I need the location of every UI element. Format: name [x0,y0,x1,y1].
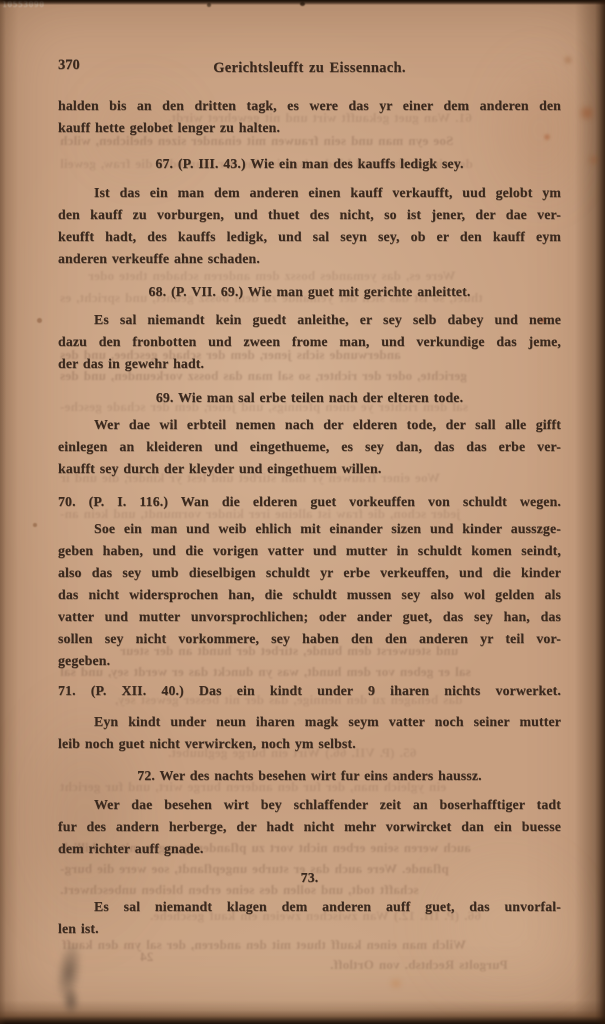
foxing-spot [388,978,404,989]
section-heading: 73. [58,867,561,889]
page-number: 370 [58,57,80,74]
paragraph-intro: halden bis an den dritten tagk, es were … [58,95,561,139]
scan-edge-right [595,0,605,1024]
section-heading: 68. (P. VII. 69.) Wie man guet mit geric… [58,281,561,303]
paragraph-71: Eyn kindt under neun iharen magk seym va… [58,711,561,755]
text-line: Es sal niemandt kein guedt anleithe, er … [58,309,561,331]
text-line: kaufft sey durch der kleyder und eingeth… [58,458,561,480]
text-line: dem richter auff gnade. [58,838,561,860]
text-line: gegeben. [58,650,561,672]
section-heading: 67. (P. III. 43.) Wie ein man des kauffs… [58,153,561,175]
text-line: kauff hette gelobet lenger zu halten. [58,117,561,139]
scanned-book-page: 61. Wan guet gekaufft wirt und nit geweh… [0,0,605,1024]
text-line: Wer dae wil erbteil nemen nach der elder… [58,414,561,436]
text-line: Eyn kindt under neun iharen magk seym va… [58,711,561,733]
foxing-spot [578,104,596,122]
bleedthrough-signature-mark: 24 [140,949,153,965]
paper-speck [33,523,37,527]
ink-smudge [58,980,84,1022]
section-heading: 69. Wie man sal erbe teilen nach der elt… [58,387,561,409]
paragraph-73: Es sal niemandt klagen dem anderen auff … [58,896,561,940]
scan-edge-top [0,0,605,5]
text-line: Ist das ein man dem anderen einen kauff … [58,182,561,204]
section-heading: 70. (P. I. 116.) Wan die elderen guet vo… [58,491,561,513]
corner-mark: 10553090 [2,0,45,9]
section-heading: 71. (P. XII. 40.) Das ein kindt under 9 … [58,680,561,702]
paragraph-68: Es sal niemandt kein guedt anleithe, er … [58,309,561,375]
text-line: anderen verkeuffe ahne schaden. [58,248,561,270]
text-line: einlegen an kleideren und eingethueme, e… [58,436,561,458]
text-line: geben haben, und die vorigen vatter und … [58,540,561,562]
heading-70: 70. (P. I. 116.) Wan die elderen guet vo… [58,491,561,513]
text-line: Es sal niemandt klagen dem anderen auff … [58,896,561,918]
heading-72: 72. Wer des nachts besehen wirt fur eins… [58,765,561,787]
page-header: 370 Gerichtsleufft zu Eissennach. [58,57,561,79]
text-line: halden bis an den dritten tagk, es were … [58,95,561,117]
text-line: leib noch guet nicht verwircken, noch ym… [58,733,561,755]
paragraph-72: Wer dae besehen wirt bey schlaffender ze… [58,794,561,860]
foxing-spot [588,153,600,167]
foxing-spot [563,55,573,65]
scan-edge-left [0,0,6,1024]
paper-speck [207,3,211,7]
text-line: den kauff zu vorburgen, und thuet des ni… [58,204,561,226]
paragraph-70: Soe ein man und weib ehlich mit einander… [58,518,561,672]
text-line: len ist. [58,918,561,940]
text-line: also das sey umb dieselbigen schuldt yr … [58,562,561,584]
heading-69: 69. Wie man sal erbe teilen nach der elt… [58,387,561,409]
text-line: vatter und mutter unvorsprochlichen; ode… [58,606,561,628]
running-title: Gerichtsleufft zu Eissennach. [58,57,561,79]
text-line: das nicht widersprochen han, die schuldt… [58,584,561,606]
heading-67: 67. (P. III. 43.) Wie ein man des kauffs… [58,153,561,175]
paper-speck [300,2,305,6]
text-line: keufft hadt, des kauffs ledigk, und sal … [58,226,561,248]
paragraph-67: Ist das ein man dem anderen einen kauff … [58,182,561,270]
paper-speck [37,318,42,323]
text-line: dazu den fronbotten und zween frome man,… [58,331,561,353]
section-heading: 72. Wer des nachts besehen wirt fur eins… [58,765,561,787]
text-line: der das in gewehr hadt. [58,353,561,375]
scan-edge-bottom [0,1010,605,1024]
bleedthrough-publisher-line: Purgolts Rechtsb. von Ortloff. [330,957,508,973]
text-line: Soe ein man und weib ehlich mit einander… [58,518,561,540]
heading-73: 73. [58,867,561,889]
text-line: sollen sey nicht vorkommere, sey haben d… [58,628,561,650]
heading-71: 71. (P. XII. 40.) Das ein kindt under 9 … [58,680,561,702]
heading-68: 68. (P. VII. 69.) Wie man guet mit geric… [58,281,561,303]
text-line: fur des andern herberge, der hadt nicht … [58,816,561,838]
paragraph-69: Wer dae wil erbteil nemen nach der elder… [58,414,561,480]
text-line: Wer dae besehen wirt bey schlaffender ze… [58,794,561,816]
